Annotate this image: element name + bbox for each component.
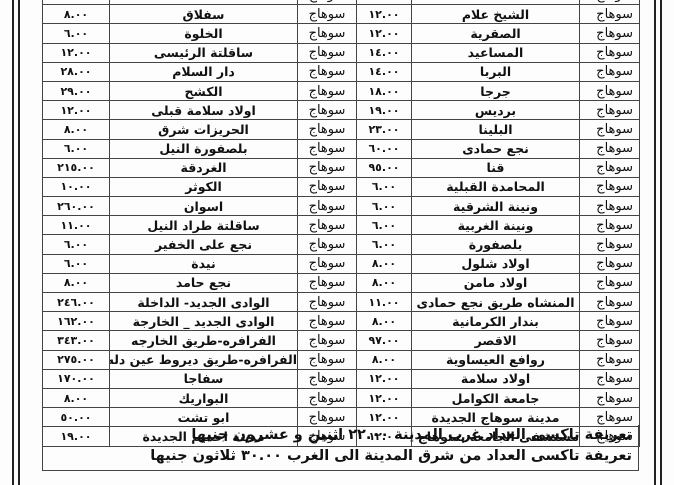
left-fare: ٢٤٦.٠٠ xyxy=(43,293,110,312)
right-gov: سوهاج xyxy=(580,369,640,388)
right-fare: ١٤.٠٠ xyxy=(357,43,412,62)
left-fare: ٨.٠٠ xyxy=(43,273,110,292)
right-destination: روافع العيساوية xyxy=(412,350,580,369)
table-row: سوهاجبندار الكرمانية٨.٠٠سوهاجالوادى الجد… xyxy=(43,312,640,331)
right-gov: سوهاج xyxy=(580,158,640,177)
left-fare: ٦.٠٠ xyxy=(43,139,110,158)
left-fare: ٨.٠٠ xyxy=(43,388,110,407)
right-gov: سوهاج xyxy=(580,254,640,273)
left-gov: سوهاج xyxy=(298,312,357,331)
right-destination: جرجا xyxy=(412,81,580,100)
left-destination: البواريك xyxy=(110,388,298,407)
left-gov: سوهاج xyxy=(298,369,357,388)
right-destination: البربا xyxy=(412,62,580,81)
right-fare: ١٩.٠٠ xyxy=(357,101,412,120)
table-row: سوهاجاولاد مامن٨.٠٠سوهاجنجع حامد٨.٠٠ xyxy=(43,273,640,292)
table-row: سوهاجالصقرية١٢.٠٠سوهاجالخلوة٦.٠٠ xyxy=(43,24,640,43)
right-destination: الصقرية xyxy=(412,24,580,43)
left-gov: سوهاج xyxy=(298,81,357,100)
left-gov: سوهاج xyxy=(298,350,357,369)
left-fare: ١٠.٠٠ xyxy=(43,177,110,196)
left-fare: ١٢.٠٠ xyxy=(43,43,110,62)
right-gov: سوهاج xyxy=(580,273,640,292)
left-fare: ٦.٠٠ xyxy=(43,254,110,273)
right-destination: ونينة الغربية xyxy=(412,216,580,235)
right-fare: ٦.٠٠ xyxy=(357,216,412,235)
left-destination: الفرافره-طريق الخارجه xyxy=(110,331,298,350)
taxi-fare-table: سوهاجسوهاجسوهاجالشيخ علام١٢.٠٠سوهاجسفلاق… xyxy=(42,0,640,447)
right-gov: سوهاج xyxy=(580,293,640,312)
right-destination: المساعيد xyxy=(412,43,580,62)
left-gov: سوهاج xyxy=(298,408,357,427)
left-destination: الغردقة xyxy=(110,158,298,177)
table-row: سوهاجونينة الغربية٦.٠٠سوهاجساقلتة طراد ا… xyxy=(43,216,640,235)
table-row: سوهاجالبلينا٢٣.٠٠سوهاجالحريزات شرق٨.٠٠ xyxy=(43,120,640,139)
right-destination: البلينا xyxy=(412,120,580,139)
right-gov: سوهاج xyxy=(580,81,640,100)
right-gov: سوهاج xyxy=(580,177,640,196)
table-row: سوهاجالشيخ علام١٢.٠٠سوهاجسفلاق٨.٠٠ xyxy=(43,5,640,24)
left-destination: الحريزات شرق xyxy=(110,120,298,139)
right-destination: اولاد مامن xyxy=(412,273,580,292)
left-fare: ٢١٥.٠٠ xyxy=(43,158,110,177)
right-gov: سوهاج xyxy=(580,139,640,158)
left-destination: الخلوة xyxy=(110,24,298,43)
right-fare: ١١.٠٠ xyxy=(357,293,412,312)
left-gov: سوهاج xyxy=(298,101,357,120)
table-row: سوهاجالاقصر٩٧.٠٠سوهاجالفرافره-طريق الخار… xyxy=(43,331,640,350)
right-destination: بلصفورة xyxy=(412,235,580,254)
table-row: سوهاجبلصفورة٦.٠٠سوهاجنجع على الخفير٦.٠٠ xyxy=(43,235,640,254)
left-destination: سفاجا xyxy=(110,369,298,388)
left-gov: سوهاج xyxy=(298,293,357,312)
left-destination: نجع على الخفير xyxy=(110,235,298,254)
table-row: سوهاجروافع العيساوية٨.٠٠سوهاجالفرافره-طر… xyxy=(43,350,640,369)
right-fare: ٩٥.٠٠ xyxy=(357,158,412,177)
left-fare: ٢٩.٠٠ xyxy=(43,81,110,100)
table-row: سوهاجالمنشاه طريق نجع حمادى١١.٠٠سوهاجالو… xyxy=(43,293,640,312)
note-east-to-west: تعريفة تاكسى العداد من شرق المدينة الى ا… xyxy=(43,446,632,467)
left-fare: ١٦٢.٠٠ xyxy=(43,312,110,331)
right-gov: سوهاج xyxy=(580,120,640,139)
right-gov: سوهاج xyxy=(580,235,640,254)
left-fare: ٢٧٥.٠٠ xyxy=(43,350,110,369)
table-row: سوهاجمدينة سوهاج الجديدة١٢.٠٠سوهاجابو تش… xyxy=(43,408,640,427)
table-row: سوهاجالمساعيد١٤.٠٠سوهاجساقلتة الرئيسى١٢.… xyxy=(43,43,640,62)
left-destination: الفرافره-طريق ديروط عين دله xyxy=(110,350,298,369)
table-row: سوهاجاولاد سلامة١٢.٠٠سوهاجسفاجا١٧٠.٠٠ xyxy=(43,369,640,388)
right-destination: اولاد سلامة xyxy=(412,369,580,388)
right-gov: سوهاج xyxy=(580,408,640,427)
left-fare: ٣٤٣.٠٠ xyxy=(43,331,110,350)
right-frame-line-inner xyxy=(654,0,656,485)
right-gov: سوهاج xyxy=(580,197,640,216)
left-destination: ساقلتة الرئيسى xyxy=(110,43,298,62)
right-destination: نجع حمادى xyxy=(412,139,580,158)
right-fare: ٦.٠٠ xyxy=(357,177,412,196)
right-gov: سوهاج xyxy=(580,331,640,350)
left-fare: ١١.٠٠ xyxy=(43,216,110,235)
note-west-city: تعريفة تاكسى العداد غرب المدينة ٢٢.٠٠ اث… xyxy=(43,425,632,446)
left-gov: سوهاج xyxy=(298,24,357,43)
right-fare: ٦.٠٠ xyxy=(357,235,412,254)
left-gov: سوهاج xyxy=(298,158,357,177)
table-row: سوهاجالمحامدة القبلية٦.٠٠سوهاجالكوثر١٠.٠… xyxy=(43,177,640,196)
right-fare: ٨.٠٠ xyxy=(357,312,412,331)
left-destination: الكشح xyxy=(110,81,298,100)
right-fare: ٦.٠٠ xyxy=(357,197,412,216)
table-row: سوهاججرجا١٨.٠٠سوهاجالكشح٢٩.٠٠ xyxy=(43,81,640,100)
right-destination: ونينة الشرقية xyxy=(412,197,580,216)
left-destination: الوادى الجديد- الداخلة xyxy=(110,293,298,312)
right-fare: ١٢.٠٠ xyxy=(357,5,412,24)
left-fare: ٨.٠٠ xyxy=(43,120,110,139)
left-frame-line-outer xyxy=(12,0,14,485)
left-gov: سوهاج xyxy=(298,273,357,292)
right-frame-line-outer xyxy=(660,0,662,485)
right-fare: ٢٣.٠٠ xyxy=(357,120,412,139)
right-gov: سوهاج xyxy=(580,388,640,407)
left-gov: سوهاج xyxy=(298,139,357,158)
right-gov: سوهاج xyxy=(580,5,640,24)
left-destination: ابو تشت xyxy=(110,408,298,427)
left-fare: ١٧٠.٠٠ xyxy=(43,369,110,388)
right-destination: اولاد شلول xyxy=(412,254,580,273)
right-gov: سوهاج xyxy=(580,43,640,62)
right-fare: ٨.٠٠ xyxy=(357,254,412,273)
table-row: سوهاجونينة الشرقية٦.٠٠سوهاجاسوان٢٦٠.٠٠ xyxy=(43,197,640,216)
left-gov: سوهاج xyxy=(298,5,357,24)
left-destination: بلصفورة النيل xyxy=(110,139,298,158)
right-gov: سوهاج xyxy=(580,312,640,331)
right-destination: المنشاه طريق نجع حمادى xyxy=(412,293,580,312)
right-fare: ١٢.٠٠ xyxy=(357,408,412,427)
left-gov: سوهاج xyxy=(298,254,357,273)
left-destination: سفلاق xyxy=(110,5,298,24)
right-destination: المحامدة القبلية xyxy=(412,177,580,196)
left-gov: سوهاج xyxy=(298,43,357,62)
left-destination: نيدة xyxy=(110,254,298,273)
right-gov: سوهاج xyxy=(580,24,640,43)
left-gov: سوهاج xyxy=(298,197,357,216)
table-row: سوهاجالبربا١٤.٠٠سوهاجدار السلام٢٨.٠٠ xyxy=(43,62,640,81)
right-fare: ٨.٠٠ xyxy=(357,350,412,369)
left-gov: سوهاج xyxy=(298,62,357,81)
left-destination: ساقلتة طراد النيل xyxy=(110,216,298,235)
right-fare: ٩٧.٠٠ xyxy=(357,331,412,350)
right-destination: بندار الكرمانية xyxy=(412,312,580,331)
right-gov: سوهاج xyxy=(580,62,640,81)
left-fare: ٥٠.٠٠ xyxy=(43,408,110,427)
left-gov: سوهاج xyxy=(298,388,357,407)
right-fare: ٦٠.٠٠ xyxy=(357,139,412,158)
left-destination: الوادى الجديد _ الخارجة xyxy=(110,312,298,331)
left-destination: اسوان xyxy=(110,197,298,216)
left-destination: نجع حامد xyxy=(110,273,298,292)
table-row: سوهاجنجع حمادى٦٠.٠٠سوهاجبلصفورة النيل٦.٠… xyxy=(43,139,640,158)
left-frame-line-inner xyxy=(18,0,20,485)
left-gov: سوهاج xyxy=(298,177,357,196)
right-gov: سوهاج xyxy=(580,101,640,120)
right-fare: ١٢.٠٠ xyxy=(357,388,412,407)
left-fare: ١٢.٠٠ xyxy=(43,101,110,120)
right-fare: ١٢.٠٠ xyxy=(357,24,412,43)
left-fare: ٦.٠٠ xyxy=(43,24,110,43)
left-fare: ٢٦٠.٠٠ xyxy=(43,197,110,216)
table-row: سوهاججامعة الكوامل١٢.٠٠سوهاجالبواريك٨.٠٠ xyxy=(43,388,640,407)
table-row: سوهاجبرديس١٩.٠٠سوهاجاولاد سلامة قبلى١٢.٠… xyxy=(43,101,640,120)
left-gov: سوهاج xyxy=(298,216,357,235)
right-fare: ٨.٠٠ xyxy=(357,273,412,292)
right-destination: قنا xyxy=(412,158,580,177)
left-destination: الكوثر xyxy=(110,177,298,196)
left-gov: سوهاج xyxy=(298,331,357,350)
right-destination: الشيخ علام xyxy=(412,5,580,24)
left-destination: اولاد سلامة قبلى xyxy=(110,101,298,120)
table-row: سوهاجاولاد شلول٨.٠٠سوهاجنيدة٦.٠٠ xyxy=(43,254,640,273)
right-fare: ١٨.٠٠ xyxy=(357,81,412,100)
right-destination: الاقصر xyxy=(412,331,580,350)
table-row: سوهاجقنا٩٥.٠٠سوهاجالغردقة٢١٥.٠٠ xyxy=(43,158,640,177)
left-gov: سوهاج xyxy=(298,120,357,139)
left-gov: سوهاج xyxy=(298,235,357,254)
fare-notes: تعريفة تاكسى العداد غرب المدينة ٢٢.٠٠ اث… xyxy=(42,425,639,471)
left-fare: ٦.٠٠ xyxy=(43,235,110,254)
right-fare: ١٤.٠٠ xyxy=(357,62,412,81)
right-destination: برديس xyxy=(412,101,580,120)
right-destination: جامعة الكوامل xyxy=(412,388,580,407)
left-fare: ٢٨.٠٠ xyxy=(43,62,110,81)
right-gov: سوهاج xyxy=(580,216,640,235)
right-gov: سوهاج xyxy=(580,350,640,369)
left-destination: دار السلام xyxy=(110,62,298,81)
left-fare: ٨.٠٠ xyxy=(43,5,110,24)
right-fare: ١٢.٠٠ xyxy=(357,369,412,388)
right-destination: مدينة سوهاج الجديدة xyxy=(412,408,580,427)
